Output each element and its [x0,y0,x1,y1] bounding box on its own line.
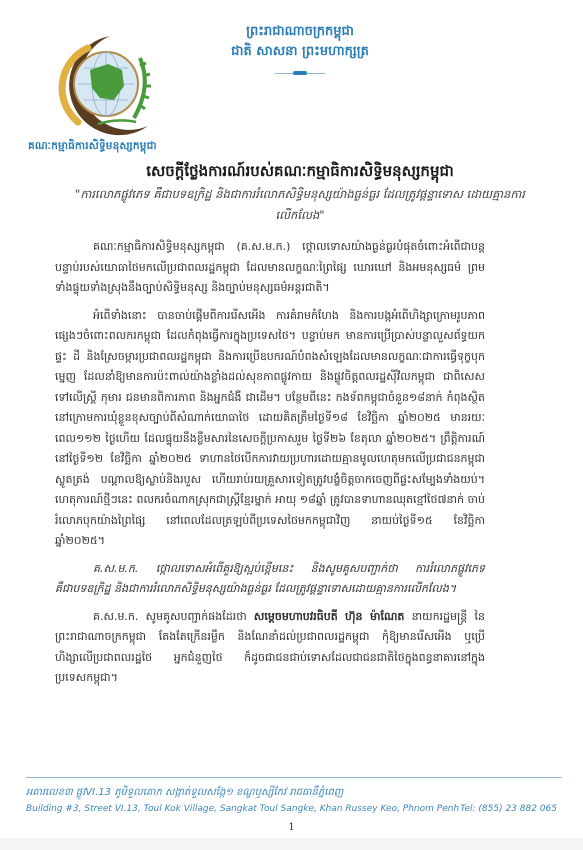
kingdom-header: ព្រះរាជាណាចក្រកម្ពុជា ជាតិ សាសនា ព្រះមហា… [150,22,450,76]
title-honorific: សម្ដេចមហាបវរធិបតី [254,610,338,623]
chr-emblem-icon [48,30,160,142]
paragraph-3: គ.ស.ម.ក. ថ្កោលទោសអំពើគួរឱ្យស្អប់ខ្ពើមនេះ… [55,559,485,600]
footer-telephone: Tel: (855) 23 882 065 [460,804,557,814]
organization-name: គណៈកម្មាធិការសិទ្ធិមនុស្សកម្ពុជា [28,140,157,155]
paragraph-1: គណៈកម្មាធិការសិទ្ធិមនុស្សកម្ពុជា (គ.ស.ម.… [55,237,485,299]
kingdom-line-2: ជាតិ សាសនា ព្រះមហាក្សត្រ [150,42,450,62]
prime-minister-name: ហ៊ុន ម៉ាណែត [345,610,404,623]
kingdom-line-1: ព្រះរាជាណាចក្រកម្ពុជា [150,22,450,42]
paragraph-4: គ.ស.ម.ក. សូមគូសបញ្ជាក់ផងដែរថា សម្ដេចមហាប… [55,607,485,689]
document-subtitle: "ការលោភផ្លូវភេទ គឺជាបទឧក្រិដ្ឋ និងជាការរ… [70,184,530,226]
spacer [338,610,345,623]
page-number: 1 [0,822,583,833]
paragraph-4-intro: គ.ស.ម.ក. សូមគូសបញ្ជាក់ផងដែរថា [93,610,254,623]
document-body: គណៈកម្មាធិការសិទ្ធិមនុស្សកម្ពុជា (គ.ស.ម.… [55,237,485,696]
document-title: សេចក្ដីថ្លែងការណ៍របស់គណៈកម្មាធិការសិទ្ធិ… [40,162,560,184]
document-page: គណៈកម្មាធិការសិទ្ធិមនុស្សកម្ពុជា ព្រះរាជ… [0,0,583,838]
footer-address-english: Building #3, Street VI.13, Toul Kok Vill… [26,804,459,814]
footer-divider [26,777,562,778]
footer-address-khmer: អគារលេខ៣ ផ្លូវVI.13 ភូមិទួលគោក សង្កាត់ទួ… [26,785,343,800]
ornament-divider-icon [275,70,325,76]
paragraph-2: អំពើទាំងនោះ បានចាប់ផ្ដើមពីការរើសអើង ការគ… [55,306,485,552]
